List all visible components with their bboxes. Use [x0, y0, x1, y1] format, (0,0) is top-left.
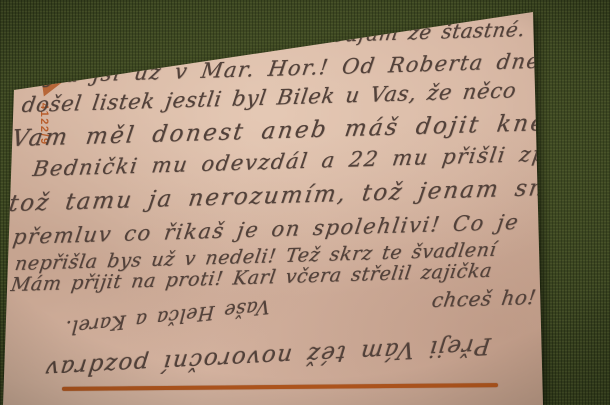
handwriting-closing-right: chceš ho!: [430, 285, 538, 312]
handwriting-line-1: Jak ste dojeli damu! Doufám že štastné.: [84, 17, 527, 54]
publisher-triangle-stamp-icon: L&F: [37, 54, 79, 96]
stamp-monogram: L&F: [43, 61, 56, 81]
postcard-photo: L&F 4122/9 Jak ste dojeli damu! Doufám ž…: [0, 0, 610, 405]
printed-divider-line: [62, 383, 498, 391]
handwriting-upside-down-greeting: Přeji Vám též novoroční pozdrav: [34, 332, 502, 383]
postcard: L&F 4122/9 Jak ste dojeli damu! Doufám ž…: [0, 0, 610, 405]
postcard-wrapper: L&F 4122/9 Jak ste dojeli damu! Doufám ž…: [0, 0, 610, 405]
handwriting-upside-down-signature: Vaše Helča a Karel.: [50, 294, 285, 341]
